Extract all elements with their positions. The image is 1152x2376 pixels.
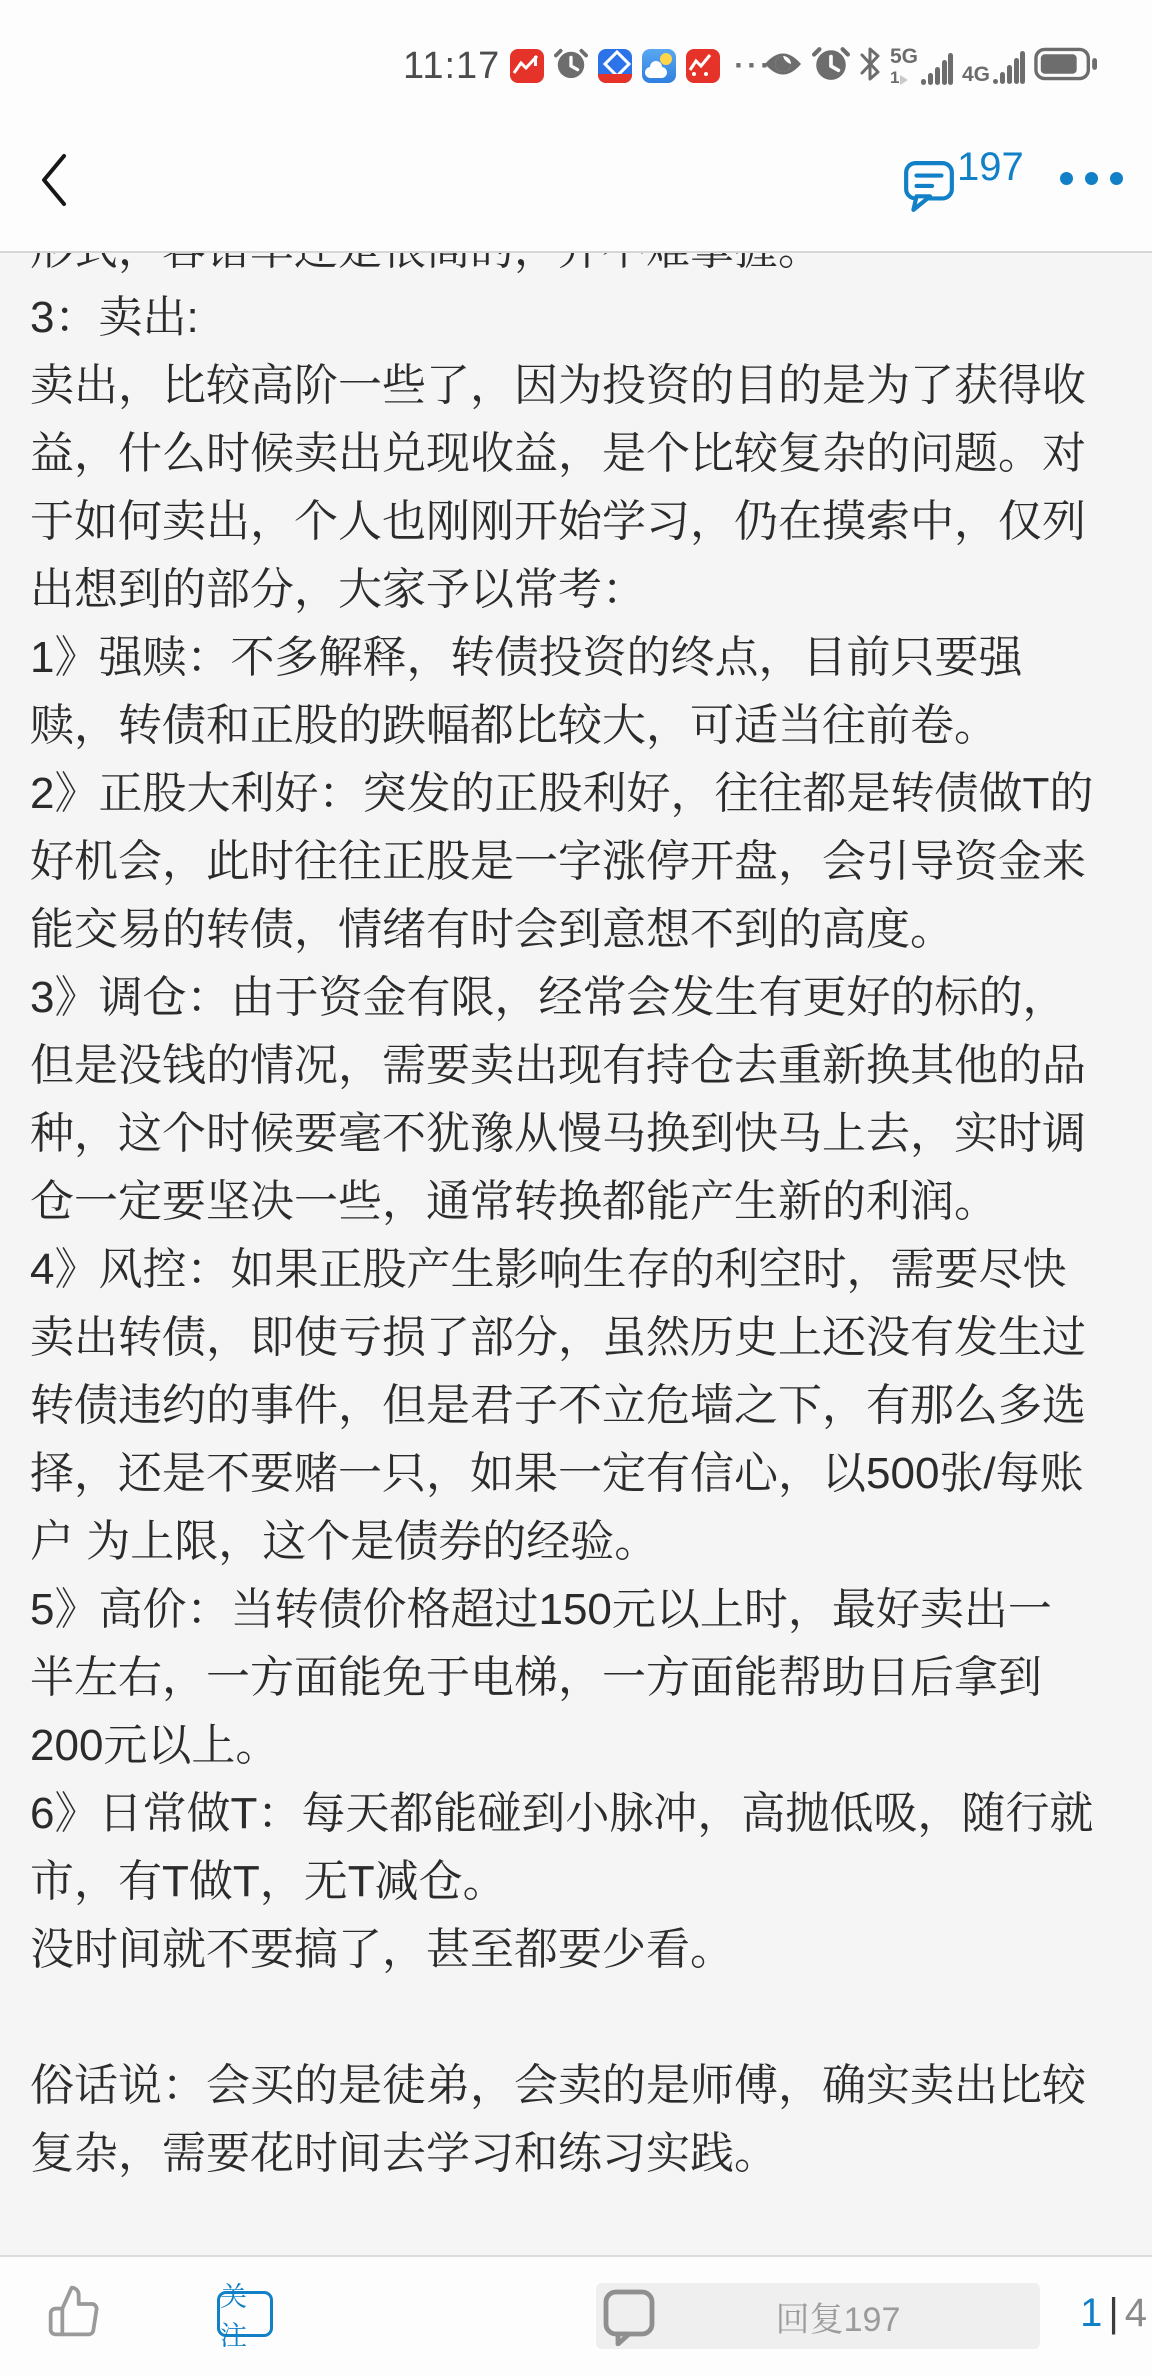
cloud-glyph (645, 67, 667, 78)
stock-app-notification-icon (510, 49, 544, 83)
alarm-icon (812, 45, 850, 88)
content-line: 卖出，比较高阶一些了，因为投资的目的是为了获得收 (30, 352, 1122, 420)
sim2-signal: 4G (962, 47, 1025, 85)
status-bar: 11:17 ··· (0, 0, 1152, 110)
content-line: 半左右，一方面能免于电梯，一方面能帮助日后拿到 (30, 1644, 1122, 1712)
phone-screen: 11:17 ··· (0, 0, 1152, 2376)
follow-label: 关注 (220, 2275, 270, 2353)
content-line: 1》强赎：不多解释，转债投资的终点，目前只要强 (30, 624, 1122, 692)
content-line: 市，有T做T，无T减仓。 (30, 1848, 1122, 1916)
sim1-signal: 5G 1 (890, 46, 953, 86)
eye-comfort-icon (763, 50, 803, 83)
ellipsis-dot (1110, 172, 1123, 185)
page-separator: | (1108, 2291, 1118, 2336)
content-line: 3》调仓：由于资金有限，经常会发生有更好的标的， (30, 964, 1122, 1032)
alarm-notification-icon (554, 47, 588, 86)
article-scroll-area[interactable]: 形式，容错率还是很高的，并不难掌握。3：卖出:卖出，比较高阶一些了，因为投资的目… (0, 253, 1152, 2255)
content-line: 于如何卖出，个人也刚刚开始学习，仍在摸索中，仅列 (30, 488, 1122, 556)
content-line (30, 1984, 1122, 2052)
back-button[interactable] (36, 150, 70, 210)
article-text: 形式，容错率还是很高的，并不难掌握。3：卖出:卖出，比较高阶一些了，因为投资的目… (0, 253, 1152, 2188)
bluetooth-icon (859, 45, 881, 88)
content-line: 3：卖出: (30, 284, 1122, 352)
ellipsis-dot (1060, 172, 1073, 185)
sun-glyph (660, 53, 672, 65)
battery-icon (1034, 46, 1098, 87)
sim1-signal-bars (921, 48, 953, 86)
reply-bubble-icon (602, 2286, 656, 2346)
status-bar-left: 11:17 ··· (403, 44, 773, 88)
comments-button[interactable]: 197 (903, 146, 1024, 214)
weather-app-notification-icon (642, 49, 676, 83)
reply-input[interactable]: 回复197 (596, 2283, 1040, 2349)
page-indicator[interactable]: 1 | 4 (1080, 2291, 1147, 2336)
sim2-signal-bars (993, 47, 1025, 85)
more-menu-button[interactable] (1060, 172, 1123, 185)
content-line: 择，还是不要赌一只，如果一定有信心，以500张/每账 (30, 1440, 1122, 1508)
clock-time: 11:17 (403, 45, 500, 88)
content-line: 但是没钱的情况，需要卖出现有持仓去重新换其他的品 (30, 1032, 1122, 1100)
content-line: 能交易的转债，情绪有时会到意想不到的高度。 (30, 896, 1122, 964)
content-line: 形式，容错率还是很高的，并不难掌握。 (30, 253, 1122, 284)
content-line: 2》正股大利好：突发的正股利好，往往都是转债做T的 (30, 760, 1122, 828)
sim1-number: 1 (890, 69, 899, 86)
content-line: 5》高价：当转债价格超过150元以上时，最好卖出一 (30, 1576, 1122, 1644)
like-button[interactable] (46, 2283, 102, 2339)
content-line: 户 为上限，这个是债券的经验。 (30, 1508, 1122, 1576)
bottom-action-bar: 关注 回复197 1 | 4 (0, 2257, 1152, 2376)
stock-app2-notification-icon (686, 49, 720, 83)
sim1-network-label: 5G (890, 46, 918, 67)
content-line: 复杂，需要花时间去学习和练习实践。 (30, 2120, 1122, 2188)
total-pages: 4 (1125, 2291, 1147, 2336)
content-line: 种，这个时候要毫不犹豫从慢马换到快马上去，实时调 (30, 1100, 1122, 1168)
comment-count: 197 (957, 146, 1024, 188)
content-line: 6》日常做T：每天都能碰到小脉冲，高抛低吸，随行就 (30, 1780, 1122, 1848)
content-line: 没时间就不要搞了，甚至都要少看。 (30, 1916, 1122, 1984)
content-line: 4》风控：如果正股产生影响生存的利空时，需要尽快 (30, 1236, 1122, 1304)
status-bar-right: 5G 1 4G (763, 42, 1098, 90)
content-line: 俗话说：会买的是徒弟，会卖的是师傅，确实卖出比较 (30, 2052, 1122, 2120)
comment-bubble-icon (903, 160, 955, 214)
thumbs-up-icon (46, 2283, 102, 2339)
follow-button[interactable]: 关注 (217, 2291, 273, 2337)
content-line: 仓一定要坚决一些，通常转换都能产生新的利润。 (30, 1168, 1122, 1236)
sim2-network-label: 4G (962, 64, 990, 85)
ellipsis-dot (1085, 172, 1098, 185)
reply-placeholder: 回复197 (656, 2292, 1040, 2341)
red-banner (598, 74, 632, 83)
content-line: 赎，转债和正股的跌幅都比较大，可适当往前卷。 (30, 692, 1122, 760)
housing-app-notification-icon (598, 49, 632, 83)
content-line: 好机会，此时往往正股是一字涨停开盘，会引导资金来 (30, 828, 1122, 896)
content-line: 益，什么时候卖出兑现收益，是个比较复杂的问题。对 (30, 420, 1122, 488)
content-line: 出想到的部分，大家予以常考： (30, 556, 1122, 624)
current-page: 1 (1080, 2291, 1102, 2336)
content-line: 200元以上。 (30, 1712, 1122, 1780)
content-line: 转债违约的事件，但是君子不立危墙之下，有那么多选 (30, 1372, 1122, 1440)
nav-bar: 197 (0, 110, 1152, 251)
data-arrow-icon (900, 75, 908, 85)
content-line: 卖出转债，即使亏损了部分，虽然历史上还没有发生过 (30, 1304, 1122, 1372)
